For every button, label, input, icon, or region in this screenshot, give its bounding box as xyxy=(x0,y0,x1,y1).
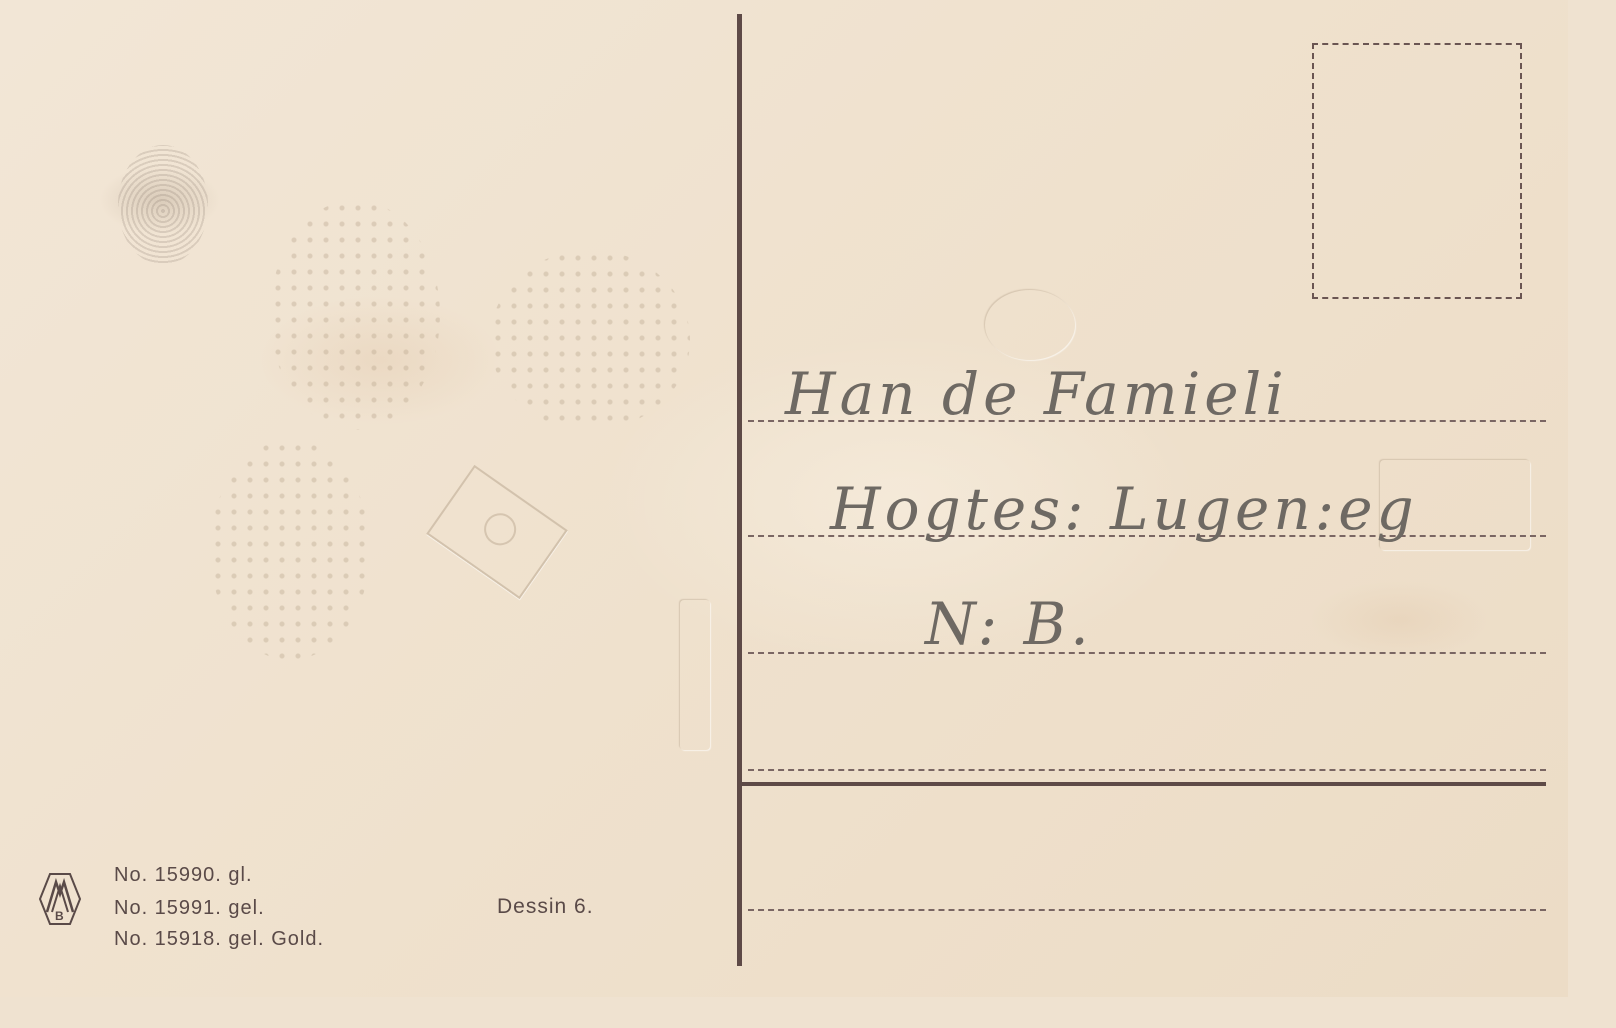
handwritten-address-line-3: N: B. xyxy=(925,590,1093,658)
design-label: Dessin 6. xyxy=(497,895,594,919)
catalog-number-3: No. 15918. gel. Gold. xyxy=(114,928,324,951)
embossed-envelope-icon xyxy=(426,465,568,599)
vertical-divider xyxy=(737,14,742,966)
address-line-4 xyxy=(748,769,1546,771)
address-line-3 xyxy=(748,652,1546,654)
handwritten-address-line-2: Hogtes: Lugen:eg xyxy=(830,475,1418,543)
catalog-number-1: No. 15990. gl. xyxy=(114,864,253,887)
embossed-post-icon xyxy=(680,600,710,750)
catalog-number-2: No. 15991. gel. xyxy=(114,897,265,920)
fingerprint-smudge xyxy=(118,145,208,265)
stamp-placeholder-box xyxy=(1312,43,1522,299)
publisher-logo-icon: B xyxy=(38,872,82,926)
horizontal-divider xyxy=(740,782,1546,786)
embossed-crest-icon xyxy=(985,290,1075,360)
embossed-flower-pattern xyxy=(490,250,690,430)
svg-text:B: B xyxy=(55,909,64,923)
postcard-back: B No. 15990. gl. No. 15991. gel. No. 159… xyxy=(0,0,1568,997)
handwritten-address-line-1: Han de Famieli xyxy=(785,360,1288,428)
embossed-flower-pattern xyxy=(210,440,370,660)
address-line-5 xyxy=(748,909,1546,911)
embossed-flower-pattern xyxy=(270,200,440,430)
